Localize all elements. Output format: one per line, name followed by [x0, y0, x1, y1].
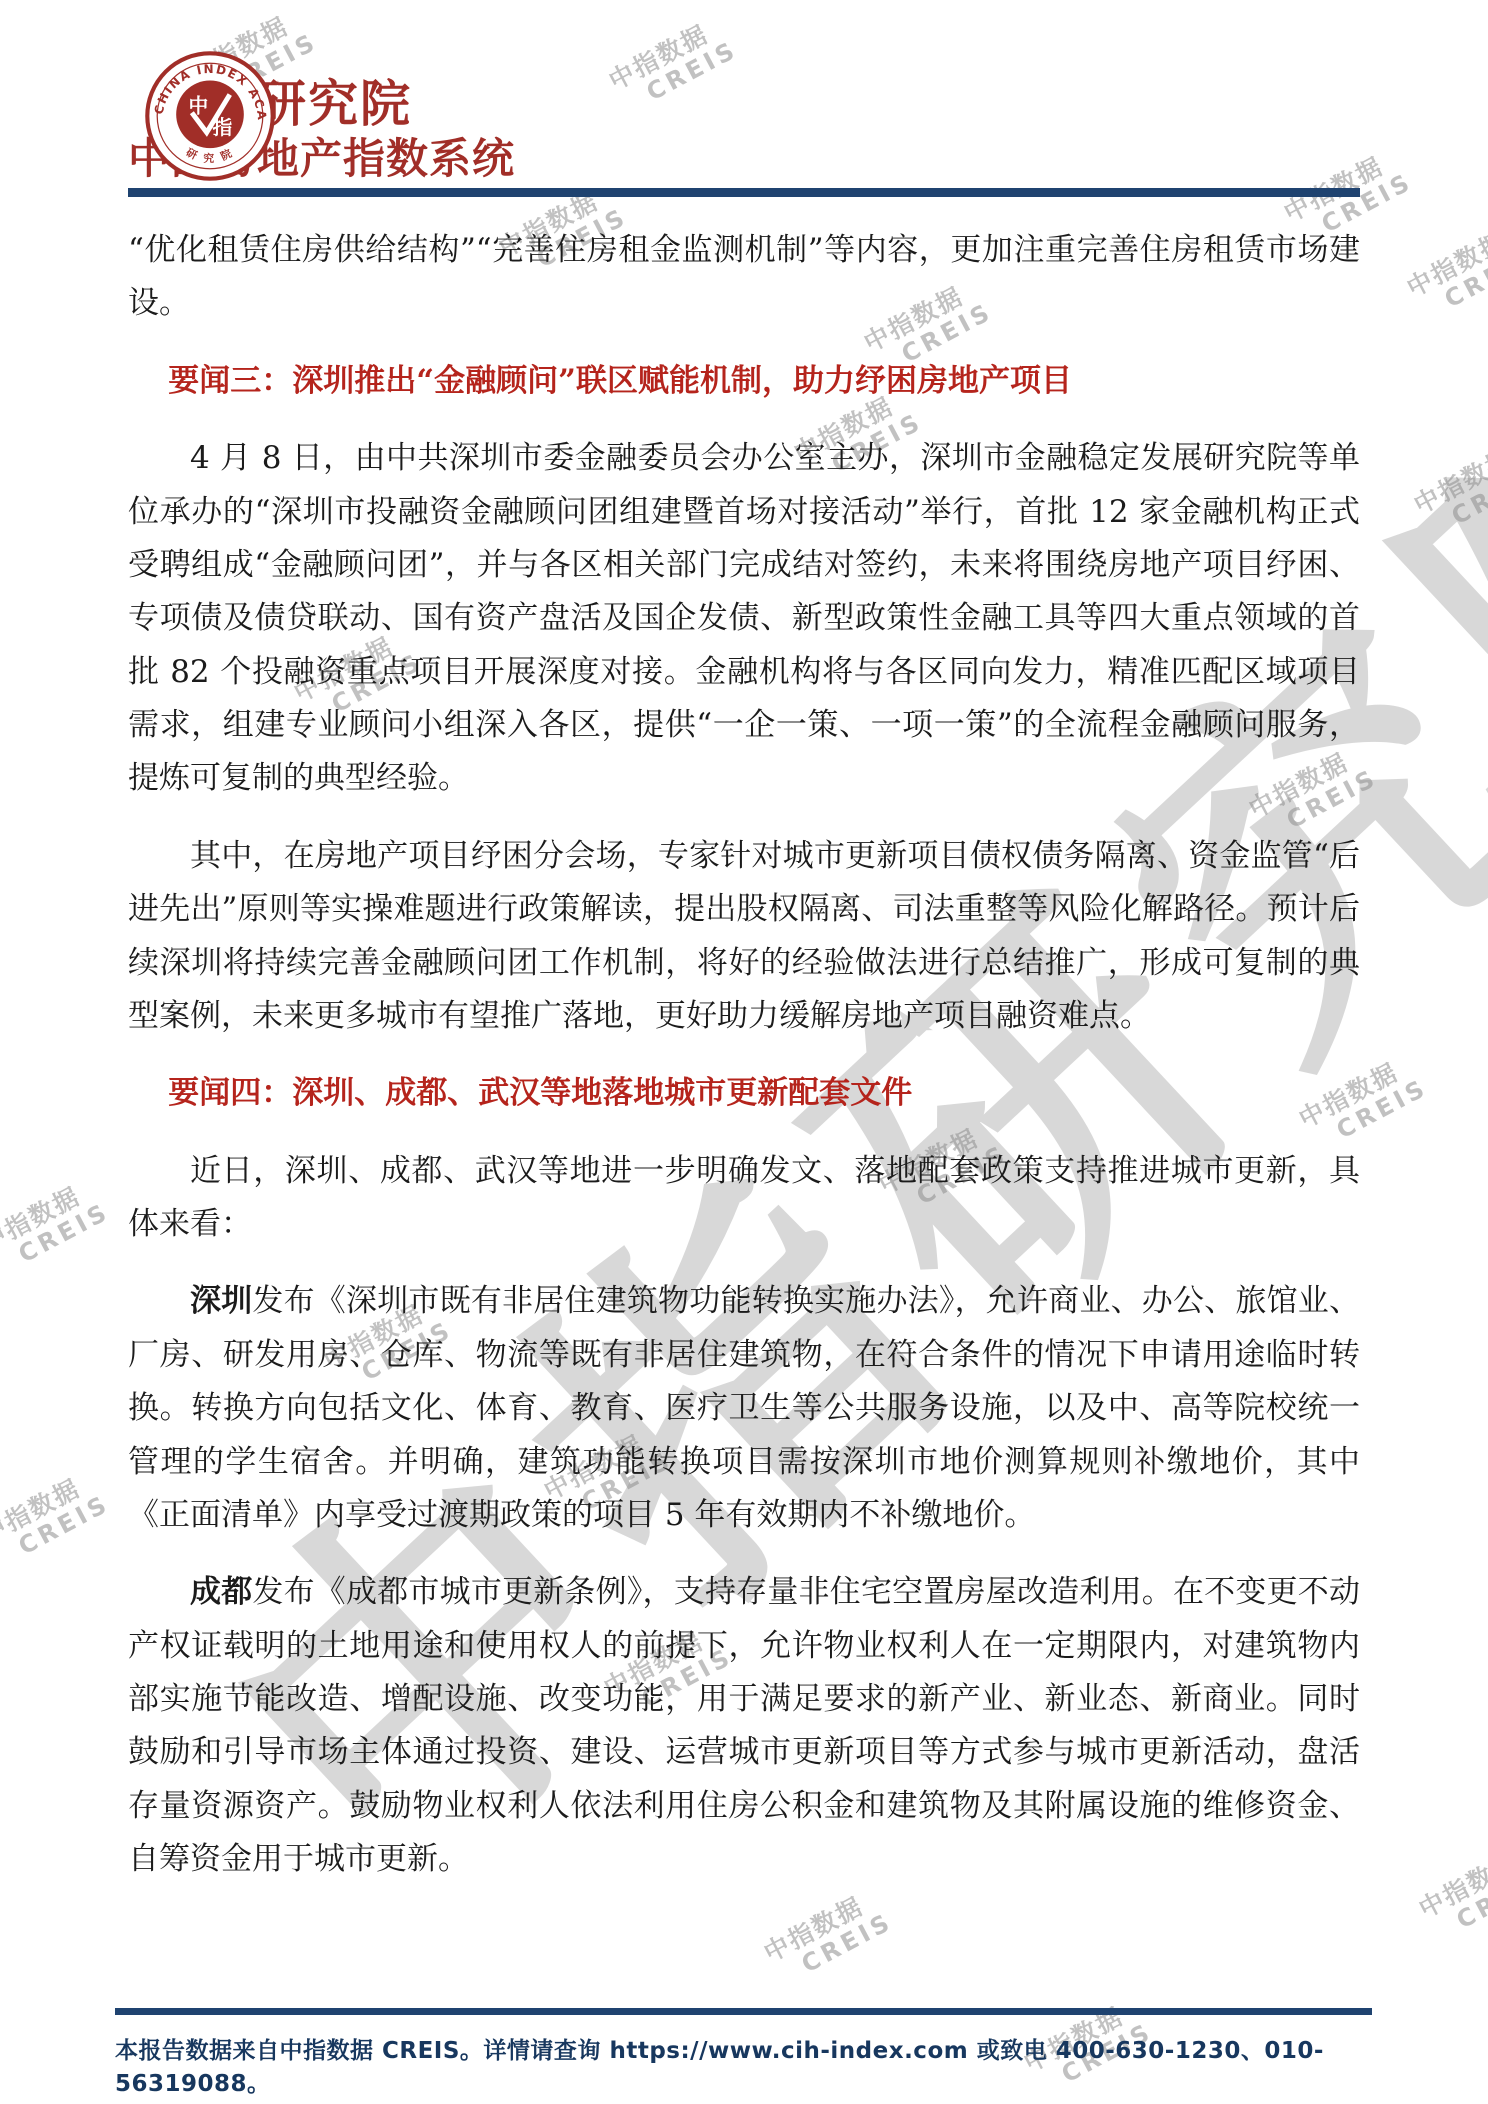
paragraph: 成都发布《成都市城市更新条例》，支持存量非住宅空置房屋改造利用。在不变更不动产权… [128, 1566, 1360, 1886]
paragraph: 近日，深圳、成都、武汉等地进一步明确发文、落地配套政策支持推进城市更新，具体来看… [128, 1145, 1360, 1252]
paragraph: 深圳发布《深圳市既有非居住建筑物功能转换实施办法》，允许商业、办公、旅馆业、厂房… [128, 1275, 1360, 1542]
footer-url-link[interactable]: https://www.cih-index.com [609, 2038, 968, 2064]
header-divider-rule [128, 188, 1360, 197]
creis-watermark: 中指数据CREIS [605, 11, 743, 119]
logo-center-char-1: 中 [189, 94, 209, 118]
footer-text: 本报告数据来自中指数据 CREIS。详情请查询 https://www.cih-… [115, 2038, 1324, 2097]
section-heading-4: 要闻四：深圳、成都、武汉等地落地城市更新配套文件 [128, 1067, 1360, 1120]
paragraph-lead-city: 成都 [190, 1574, 252, 1610]
section-heading-3: 要闻三：深圳推出“金融顾问”联区赋能机制，助力纾困房地产项目 [128, 355, 1360, 408]
paragraph-lead-city: 深圳 [190, 1283, 252, 1319]
creis-watermark: 中指数据CREIS [1410, 435, 1488, 543]
report-page: 中指研究院 中指数据CREIS中指数据CREIS中指数据CREIS中指数据CRE… [0, 0, 1488, 2104]
creis-watermark: 中指数据CREIS [0, 1465, 114, 1573]
creis-watermark: 中指数据CREIS [1415, 1839, 1488, 1947]
document-body: “优化租赁住房供给结构”“完善住房租金监测机制”等内容，更加注重完善住房租赁市场… [128, 224, 1360, 1911]
creis-watermark: 中指数据CREIS [1403, 218, 1488, 326]
creis-watermark: 中指数据CREIS [0, 1173, 114, 1281]
paragraph: “优化租赁住房供给结构”“完善住房租金监测机制”等内容，更加注重完善住房租赁市场… [128, 224, 1360, 331]
page-footer: 本报告数据来自中指数据 CREIS。详情请查询 https://www.cih-… [115, 2008, 1372, 2098]
paragraph: 其中，在房地产项目纾困分会场，专家针对城市更新项目债权债务隔离、资金监管“后进先… [128, 830, 1360, 1044]
logo-center-char-2: 指 [212, 115, 232, 139]
china-index-academy-logo-icon: CHINA INDEX ACADEMY 中 指 研 究 院 [144, 50, 276, 182]
paragraph: 4 月 8 日，由中共深圳市委金融委员会办公室主办，深圳市金融稳定发展研究院等单… [128, 432, 1360, 806]
